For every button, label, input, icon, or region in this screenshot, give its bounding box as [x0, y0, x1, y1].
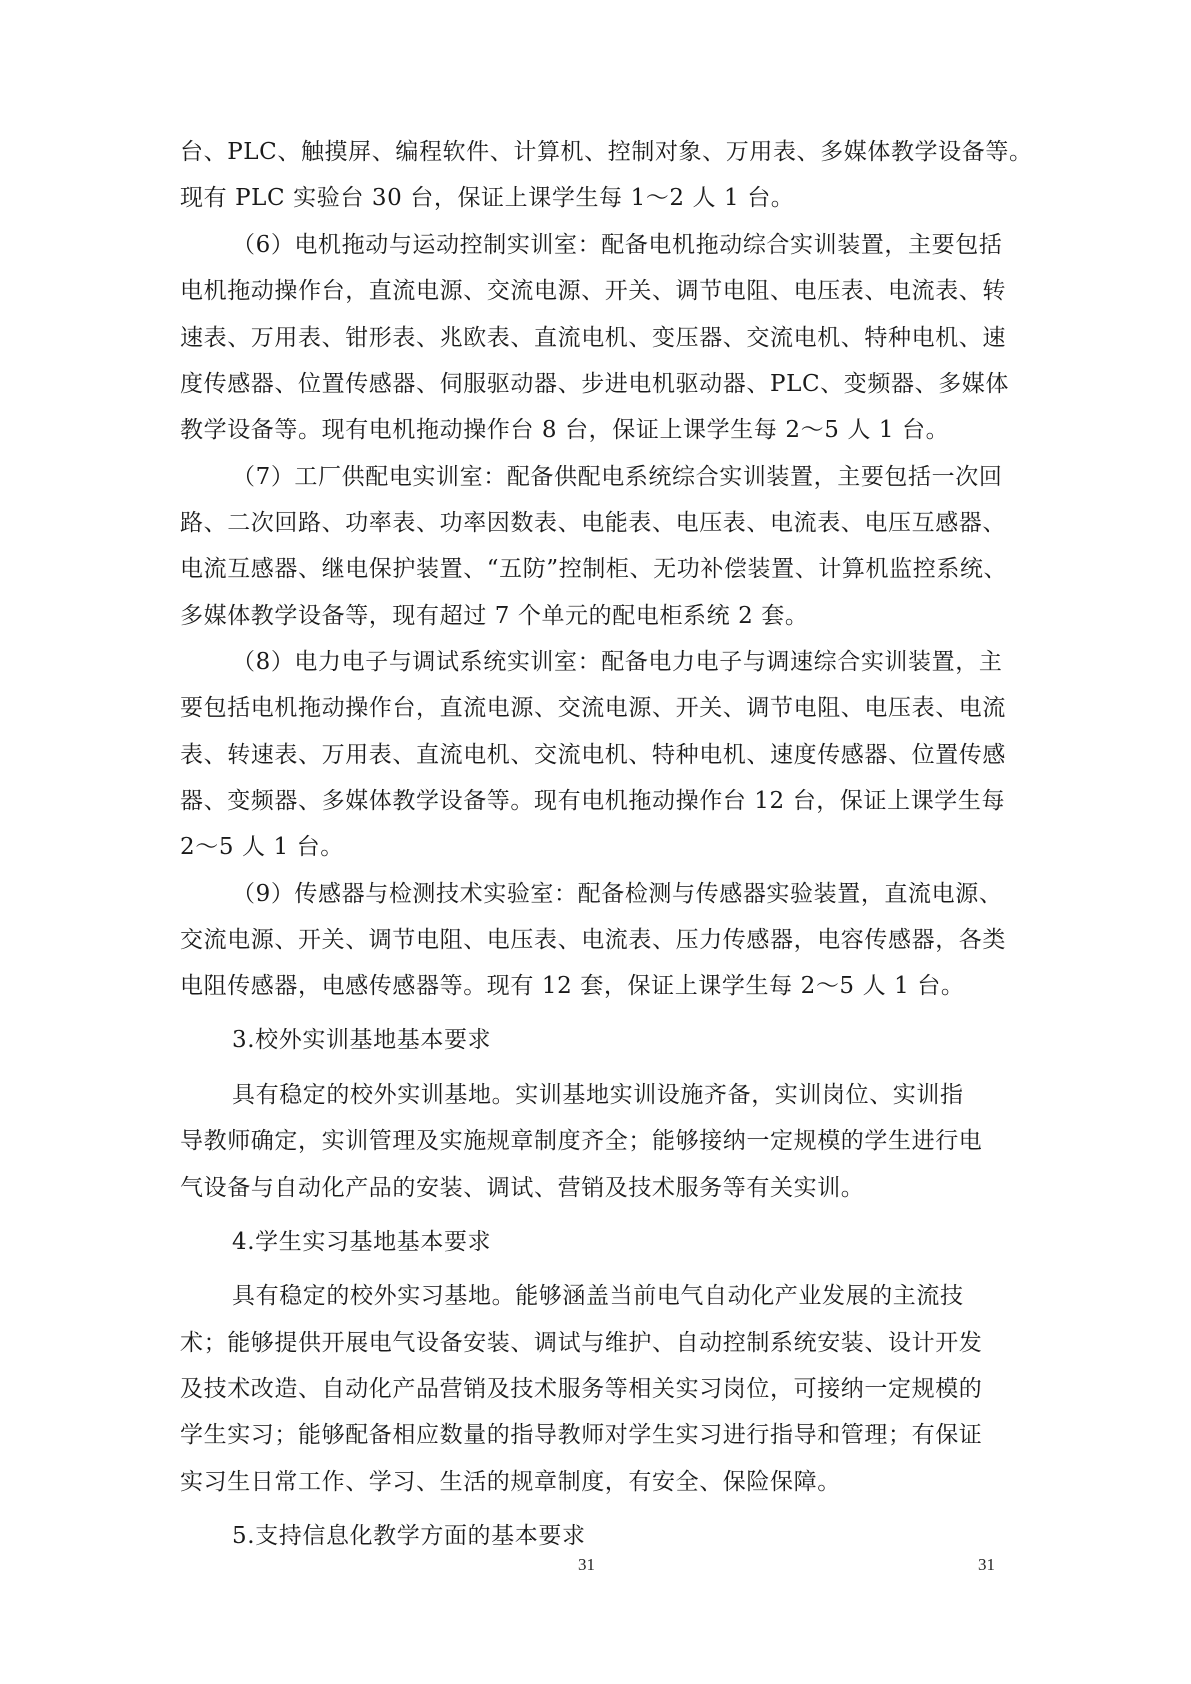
- text-line: 要包括电机拖动操作台，直流电源、交流电源、开关、调节电阻、电压表、电流: [180, 693, 1010, 723]
- text-line: （7）工厂供配电实训室：配备供配电系统综合实训装置，主要包括一次回: [232, 462, 1062, 492]
- page-number-right: 31: [978, 1555, 995, 1575]
- section-heading-3: 3.校外实训基地基本要求: [232, 1025, 1062, 1055]
- text-line: 路、二次回路、功率表、功率因数表、电能表、电压表、电流表、电压互感器、: [180, 508, 1010, 538]
- text-line: 速表、万用表、钳形表、兆欧表、直流电机、变压器、交流电机、特种电机、速: [180, 323, 1010, 353]
- text-line: 学生实习；能够配备相应数量的指导教师对学生实习进行指导和管理；有保证: [180, 1420, 1010, 1450]
- text-line: 表、转速表、万用表、直流电机、交流电机、特种电机、速度传感器、位置传感: [180, 740, 1010, 770]
- text-line: 具有稳定的校外实习基地。能够涵盖当前电气自动化产业发展的主流技: [232, 1281, 1062, 1311]
- text-line: 具有稳定的校外实训基地。实训基地实训设施齐备，实训岗位、实训指: [232, 1080, 1062, 1110]
- text-line: 电流互感器、继电保护装置、“五防”控制柜、无功补偿装置、计算机监控系统、: [180, 554, 1010, 584]
- text-line: 电机拖动操作台，直流电源、交流电源、开关、调节电阻、电压表、电流表、转: [180, 276, 1010, 306]
- text-line: 教学设备等。现有电机拖动操作台 8 台，保证上课学生每 2～5 人 1 台。: [180, 415, 1010, 445]
- text-line: （9）传感器与检测技术实验室：配备检测与传感器实验装置，直流电源、: [232, 879, 1062, 909]
- text-line: （8）电力电子与调试系统实训室：配备电力电子与调速综合实训装置，主: [232, 647, 1062, 677]
- page-number-center: 31: [578, 1555, 595, 1575]
- text-line: 器、变频器、多媒体教学设备等。现有电机拖动操作台 12 台，保证上课学生每: [180, 786, 1010, 816]
- text-line: （6）电机拖动与运动控制实训室：配备电机拖动综合实训装置，主要包括: [232, 230, 1062, 260]
- text-line: 电阻传感器，电感传感器等。现有 12 套，保证上课学生每 2～5 人 1 台。: [180, 971, 1010, 1001]
- section-heading-4: 4.学生实习基地基本要求: [232, 1227, 1062, 1257]
- text-line: 气设备与自动化产品的安装、调试、营销及技术服务等有关实训。: [180, 1173, 1010, 1203]
- text-line: 2～5 人 1 台。: [180, 832, 1010, 862]
- text-line: 及技术改造、自动化产品营销及技术服务等相关实习岗位，可接纳一定规模的: [180, 1374, 1010, 1404]
- text-line: 实习生日常工作、学习、生活的规章制度，有安全、保险保障。: [180, 1467, 1010, 1497]
- text-line: 现有 PLC 实验台 30 台，保证上课学生每 1～2 人 1 台。: [180, 183, 1010, 213]
- text-line: 多媒体教学设备等，现有超过 7 个单元的配电柜系统 2 套。: [180, 601, 1010, 631]
- text-line: 交流电源、开关、调节电阻、电压表、电流表、压力传感器，电容传感器，各类: [180, 925, 1010, 955]
- text-line: 导教师确定，实训管理及实施规章制度齐全；能够接纳一定规模的学生进行电: [180, 1126, 1010, 1156]
- text-line: 术；能够提供开展电气设备安装、调试与维护、自动控制系统安装、设计开发: [180, 1328, 1010, 1358]
- text-line: 台、PLC、触摸屏、编程软件、计算机、控制对象、万用表、多媒体教学设备等。: [180, 137, 1010, 167]
- document-page: 台、PLC、触摸屏、编程软件、计算机、控制对象、万用表、多媒体教学设备等。现有 …: [0, 0, 1191, 1684]
- text-line: 度传感器、位置传感器、伺服驱动器、步进电机驱动器、PLC、变频器、多媒体: [180, 369, 1010, 399]
- section-heading-5: 5.支持信息化教学方面的基本要求: [232, 1521, 1062, 1551]
